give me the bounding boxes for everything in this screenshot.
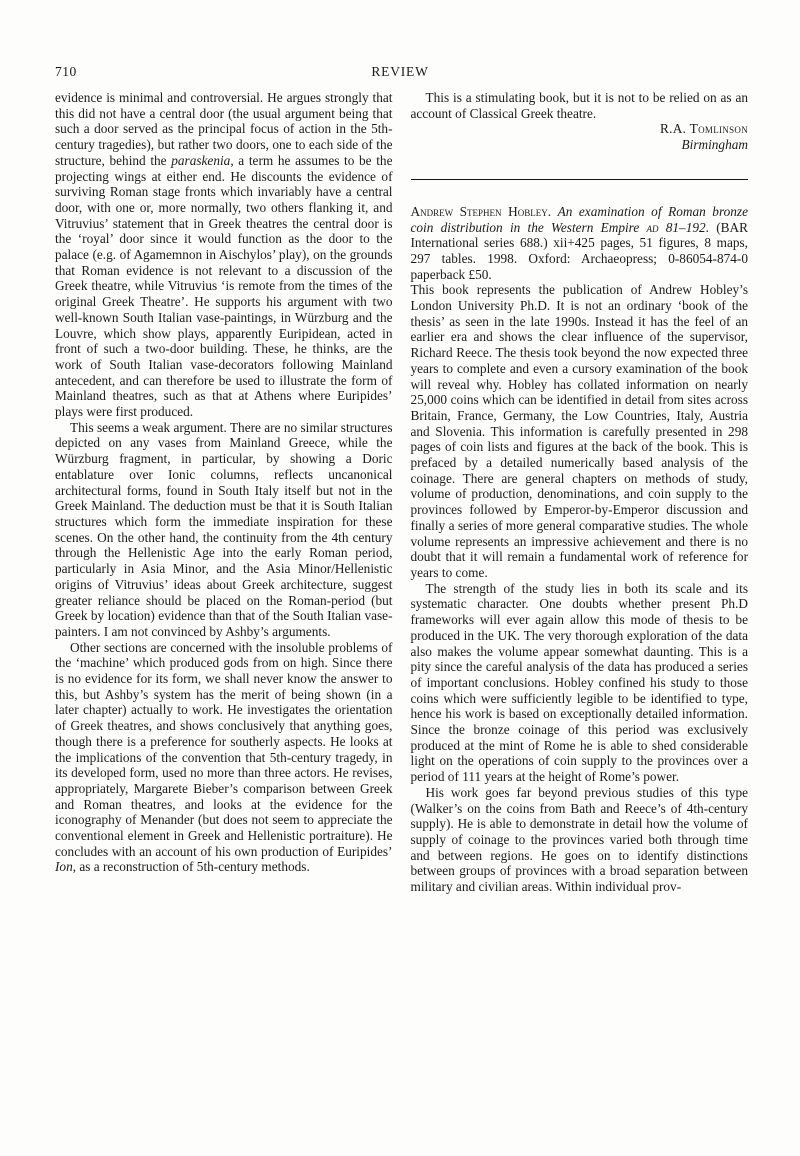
text-run: This is a stimulating book, but it is no… — [411, 90, 749, 121]
left-column: evidence is minimal and controversial. H… — [55, 90, 393, 895]
paragraph: This seems a weak argument. There are no… — [55, 420, 393, 640]
text-run: This book represents the publication of … — [411, 282, 749, 580]
text-run: His work goes far beyond previous studie… — [411, 785, 749, 894]
text-run: 81–192 — [659, 220, 706, 235]
running-head: REVIEW — [0, 64, 800, 80]
review-text-right: This book represents the publication of … — [411, 282, 749, 894]
paragraph: This book represents the publication of … — [411, 282, 749, 580]
review-conclusion: This is a stimulating book, but it is no… — [411, 90, 749, 121]
section-divider-rule — [411, 179, 749, 180]
review-text-left: evidence is minimal and controversial. H… — [55, 90, 393, 875]
text-run: Other sections are concerned with the in… — [55, 640, 393, 859]
text-run: , as a reconstruction of 5th-century met… — [73, 859, 310, 874]
text-run: paraskenia — [171, 153, 230, 168]
text-run: Andrew Stephen Hobley — [411, 204, 548, 219]
paragraph: evidence is minimal and controversial. H… — [55, 90, 393, 420]
text-run: , a term he assumes to be the projecting… — [55, 153, 393, 419]
text-run: ad — [647, 220, 659, 235]
reviewer-affiliation: Birmingham — [411, 137, 749, 153]
text-run: This seems a weak argument. There are no… — [55, 420, 393, 639]
text-run: Ion — [55, 859, 73, 874]
paragraph: Other sections are concerned with the in… — [55, 640, 393, 876]
text-run: The strength of the study lies in both i… — [411, 581, 749, 784]
right-column: This is a stimulating book, but it is no… — [411, 90, 749, 895]
book-citation: Andrew Stephen Hobley. An examination of… — [411, 204, 749, 283]
page-header: 710 REVIEW — [0, 0, 800, 82]
paragraph: This is a stimulating book, but it is no… — [411, 90, 749, 121]
paragraph: His work goes far beyond previous studie… — [411, 785, 749, 895]
text-run: . — [548, 204, 558, 219]
reviewer-name: R.A. Tomlinson — [411, 121, 749, 137]
paragraph: The strength of the study lies in both i… — [411, 581, 749, 785]
journal-page: 710 REVIEW evidence is minimal and contr… — [0, 0, 800, 1156]
page-number: 710 — [55, 64, 77, 80]
two-column-body: evidence is minimal and controversial. H… — [0, 82, 800, 895]
